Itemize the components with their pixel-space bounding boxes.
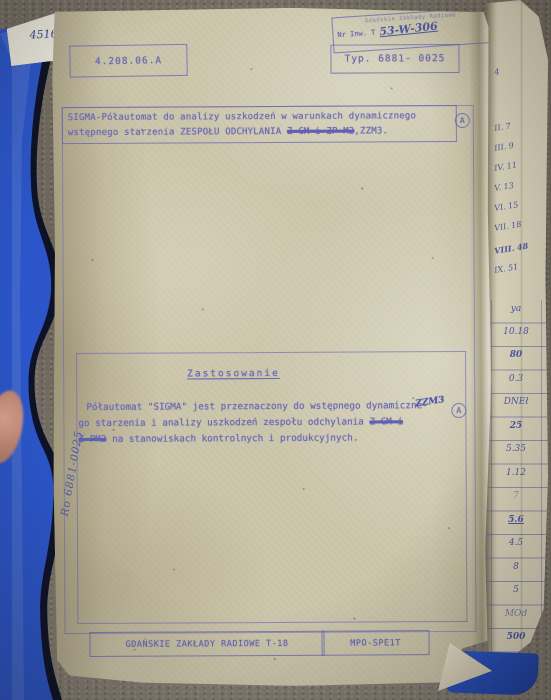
struck-text: Z-CM i ZP-M2 <box>287 127 354 137</box>
edge-table-cell: 7 <box>493 491 539 501</box>
edge-index-entry: II. 7 <box>494 116 545 133</box>
edge-table-cell: 0.3 <box>493 374 539 384</box>
title-block: SIGMA-Półautomat do analizy uszkodzeń w … <box>62 105 457 144</box>
paragraph-line-3: Z-PM2 na stanowiskach kontrolnych i prod… <box>78 430 470 448</box>
stamp-inventory-label: Nr Inw. T <box>337 29 375 39</box>
edge-index-entry: V. 13 <box>494 176 545 193</box>
type-code: Typ. 6881- 0025 <box>345 53 446 65</box>
edge-index-entry: VII. 18 <box>494 216 545 233</box>
section-title: Zastosowanie <box>187 368 280 379</box>
edge-table: ya 10.18 80 0.3 DNEł 25 5.35 1.12 7 5.6 … <box>486 300 548 656</box>
edge-index-entry: IV. 11 <box>494 156 545 173</box>
underlying-page-edge: 4 II. 7 III. 9 IV. 11 V. 13 VI. 15 VII. … <box>486 0 548 662</box>
edge-table-cell: 5.6 <box>493 515 539 525</box>
edge-index-entry: VI. 15 <box>494 196 545 213</box>
edge-table-cell: 80 <box>493 350 539 360</box>
footer-code: MPO-SPE1T <box>350 638 401 648</box>
manufacturer-name: GDAŃSKIE ZAKŁADY RADIOWE T-18 <box>126 638 289 649</box>
struck-text: Z-CM i <box>369 416 403 427</box>
edge-table-cell: 5 <box>493 585 539 595</box>
edge-index-entry: VIII. 48 <box>494 238 545 256</box>
paragraph-line-1: Półautomat "SIGMA" jest przeznaczony do … <box>78 398 470 416</box>
document-page: Gdańskie Zakłady Radiowe Nr Inw. T 53-W-… <box>50 7 494 687</box>
edge-table-cell: 1.12 <box>493 468 539 478</box>
edge-table-cell: ya <box>493 304 539 314</box>
content-box <box>76 351 467 624</box>
handwritten-corner-number: 4516 <box>29 27 58 41</box>
title-line-1: SIGMA-Półautomat do analizy uszkodzeń w … <box>68 109 451 126</box>
type-code-box: Typ. 6881- 0025 <box>330 44 459 74</box>
revision-mark-circle: A <box>455 113 470 128</box>
revision-mark-circle: A <box>451 403 466 418</box>
title-line-2: wstępnego starzenia ZESPOŁU ODCHYLANIA Z… <box>68 124 451 141</box>
edge-table-cell: 25 <box>493 421 539 431</box>
edge-index-entry: III. 9 <box>494 136 545 153</box>
edge-table-cell: 8 <box>493 562 539 572</box>
document-code-box: 4.208.06.A <box>69 44 187 78</box>
footer-code-box: MPO-SPE1T <box>321 630 429 656</box>
application-paragraph: ZZM3 Półautomat "SIGMA" jest przeznaczon… <box>78 398 470 448</box>
document-code: 4.208.06.A <box>95 55 162 67</box>
edge-table-cell: DNEł <box>493 397 539 407</box>
edge-table-cell: 4.5 <box>493 538 539 548</box>
photographed-document-scene: 4 II. 7 III. 9 IV. 11 V. 13 VI. 15 VII. … <box>0 0 551 700</box>
edge-table-cell: 10.18 <box>493 327 539 337</box>
edge-table-cell: 500 <box>493 632 539 642</box>
edge-index-entry: 4 <box>494 60 545 77</box>
edge-index-entry: IX. 51 <box>494 258 545 275</box>
edge-table-cell: MOd <box>493 609 539 619</box>
edge-table-cell: 5.35 <box>493 444 539 454</box>
manufacturer-box: GDAŃSKIE ZAKŁADY RADIOWE T-18 <box>89 631 324 657</box>
